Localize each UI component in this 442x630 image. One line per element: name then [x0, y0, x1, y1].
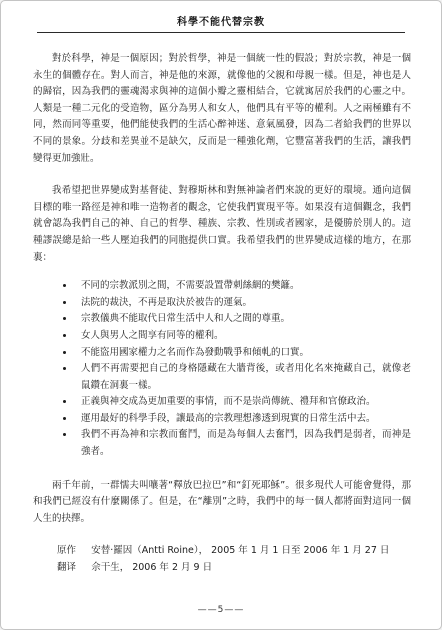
credit-translation-label: 翻译 [57, 562, 76, 573]
list-item: 女人與男人之間享有同等的權利。 [75, 328, 411, 345]
paragraph-1: 對於科學，神是一個原因；對於哲學，神是一個統一性的假設；對於宗教，神是一個永生的… [33, 51, 411, 167]
credits-block: 原作安替·羅因（Antti Roine）， 2005 年 1 月 1 日至 20… [33, 543, 411, 576]
credit-translation: 翻译佘干生， 2006 年 2 月 9 日 [57, 560, 411, 577]
list-item: 我們不再為神和宗教而奮鬥，而是為每個人去奮鬥，因為我們是弱者，而神是強者。 [75, 427, 411, 460]
paragraph-2: 我希望把世界變成對基督徒、對穆斯林和對無神論者們來說的更好的環境。通向這個目標的… [33, 183, 411, 266]
list-item: 不同的宗教派別之間，不需要設置帶刺絲網的樊籬。 [75, 278, 411, 295]
document-body: 對於科學，神是一個原因；對於哲學，神是一個統一性的假設；對於宗教，神是一個永生的… [1, 33, 441, 577]
list-item: 正義與神交成為更加重要的事情，而不是崇尚傳統、禮拜和官僚政治。 [75, 394, 411, 411]
page-number: ——5—— [1, 605, 441, 615]
page-title: 科學不能代替宗教 [1, 13, 441, 28]
bullet-list: 不同的宗教派別之間，不需要設置帶刺絲網的樊籬。 法院的裁決，不再是取決於被告的運… [33, 278, 411, 461]
list-item: 法院的裁決，不再是取決於被告的運氣。 [75, 295, 411, 312]
page-header: 科學不能代替宗教 [1, 1, 441, 33]
list-item: 運用最好的科學手段，讓最高的宗教理想滲透到現實的日常生活中去。 [75, 411, 411, 428]
list-item: 不能盜用國家權力之名而作為發動戰爭和傾軋的口實。 [75, 345, 411, 362]
list-item: 人們不再需要把自己的身格隱藏在大牆背後，或者用化名來掩藏自己，就像老鼠鑽在洞裏一… [75, 361, 411, 394]
credit-original-label: 原作 [57, 545, 76, 556]
credit-translation-value: 佘干生， 2006 年 2 月 9 日 [91, 562, 212, 573]
list-item: 宗教儀典不能取代日常生活中人和人之間的尊重。 [75, 311, 411, 328]
document-page: 科學不能代替宗教 對於科學，神是一個原因；對於哲學，神是一個統一性的假設；對於宗… [0, 0, 442, 630]
credit-original-value: 安替·羅因（Antti Roine）， 2005 年 1 月 1 日至 2006… [91, 545, 389, 556]
credit-original: 原作安替·羅因（Antti Roine）， 2005 年 1 月 1 日至 20… [57, 543, 411, 560]
paragraph-3: 兩千年前，一群懦夫叫嚷著“釋放巴拉巴”和“釘死耶穌”。很多現代人可能會覺得，那和… [33, 478, 411, 528]
